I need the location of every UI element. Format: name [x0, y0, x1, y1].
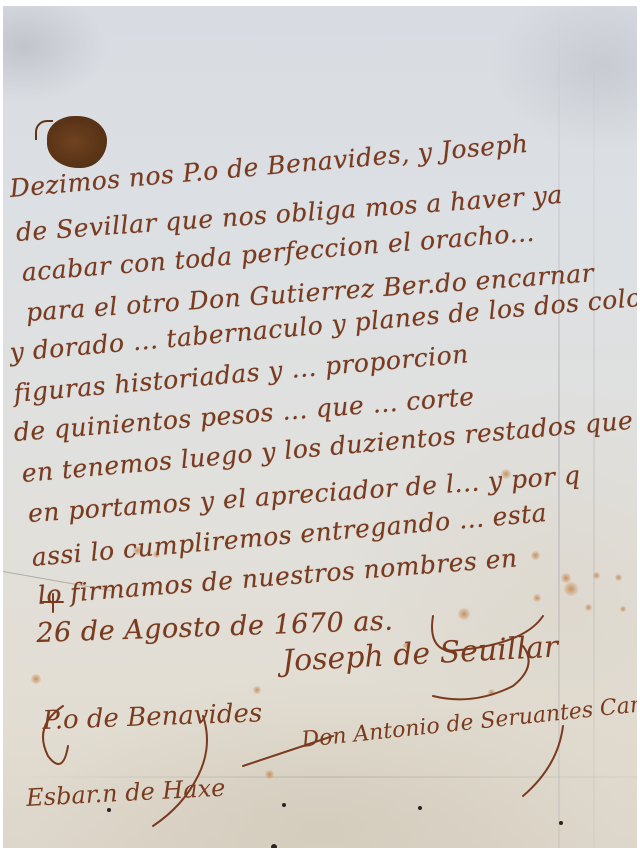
- manuscript-page: Dezimos nos P.o de Benavides, y Joseph d…: [3, 6, 637, 848]
- signature-flourishes: [3, 6, 637, 848]
